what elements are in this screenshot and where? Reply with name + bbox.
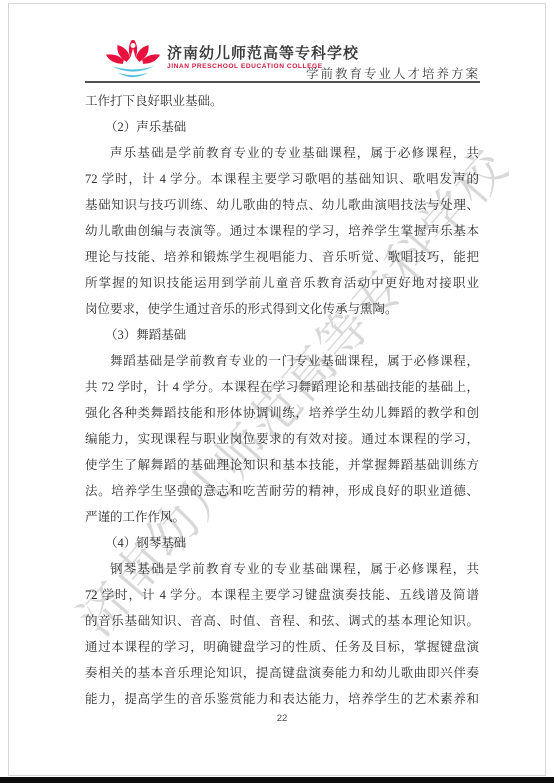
body-line: 共 72 学时，计 4 学分。本课程在学习舞蹈理论和基础技能的基础上， xyxy=(85,374,479,400)
body-line: 舞蹈基础是学前教育专业的一门专业基础课程，属于必修课程， xyxy=(85,348,479,374)
bottom-edge-bar xyxy=(0,777,554,783)
body-line: 奏相关的基本音乐理论知识，提高键盘演奏能力和幼儿歌曲即兴伴奏 xyxy=(85,660,479,686)
body-line: 工作打下良好职业基础。 xyxy=(85,88,479,114)
body-line: 72 学时，计 4 学分。本课程主要学习歌唱的基础知识、歌唱发声的 xyxy=(85,166,479,192)
body-line: 幼儿歌曲创编与表演等。通过本课程的学习，培养学生掌握声乐基本 xyxy=(85,218,479,244)
body-line: 所掌握的知识技能运用到学前儿童音乐教育活动中更好地对接职业 xyxy=(85,270,479,296)
body-line: 基础知识与技巧训练、幼儿歌曲的特点、幼儿歌曲演唱技法与处理、 xyxy=(85,192,479,218)
body-line: 强化各种类舞蹈技能和形体协调训练，培养学生幼儿舞蹈的教学和创 xyxy=(85,400,479,426)
body-line: 能力，提高学生的音乐鉴赏能力和表达能力，培养学生的艺术素养和 xyxy=(85,686,479,712)
body-line: 使学生了解舞蹈的基础理论知识和基本技能，并掌握舞蹈基础训练方 xyxy=(85,452,479,478)
body-line: 编能力，实现课程与职业岗位要求的有效对接。通过本课程的学习， xyxy=(85,426,479,452)
body-line: 严谨的工作作风。 xyxy=(85,504,479,530)
body-line: 钢琴基础是学前教育专业的专业基础课程，属于必修课程，共 xyxy=(85,556,479,582)
body-line: 通过本课程的学习，明确键盘学习的性质、任务及目标，掌握键盘演 xyxy=(85,634,479,660)
body-line: 的音乐基础知识、音高、时值、音程、和弦、调式的基本理论知识。 xyxy=(85,608,479,634)
body-line: 声乐基础是学前教育专业的专业基础课程，属于必修课程，共 xyxy=(85,140,479,166)
page-number: 22 xyxy=(85,713,479,724)
document-body: 工作打下良好职业基础。 （2）声乐基础 声乐基础是学前教育专业的专业基础课程，属… xyxy=(85,88,479,712)
section-heading: （2）声乐基础 xyxy=(85,114,479,140)
body-line: 72 学时，计 4 学分。本课程主要学习键盘演奏技能、五线谱及简谱 xyxy=(85,582,479,608)
document-title: 学前教育专业人才培养方案 xyxy=(306,64,480,82)
body-line: 岗位要求，使学生通过音乐的形式得到文化传承与熏陶。 xyxy=(85,296,479,322)
school-name-en: JINAN PRESCHOOL EDUCATION COLLEGE xyxy=(167,63,323,70)
school-logo xyxy=(104,37,162,87)
body-line: 法。培养学生坚强的意志和吃苦耐劳的精神，形成良好的职业道德、 xyxy=(85,478,479,504)
body-line: 理论与技能、培养和锻炼学生视唱能力、音乐听觉、歌唱技巧，能把 xyxy=(85,244,479,270)
school-name-cn: 济南幼儿师范高等专科学校 xyxy=(167,42,359,63)
lotus-water-logo-icon xyxy=(104,69,162,86)
section-heading: （3）舞蹈基础 xyxy=(85,322,479,348)
section-heading: （4）钢琴基础 xyxy=(85,530,479,556)
header-divider xyxy=(85,81,480,83)
